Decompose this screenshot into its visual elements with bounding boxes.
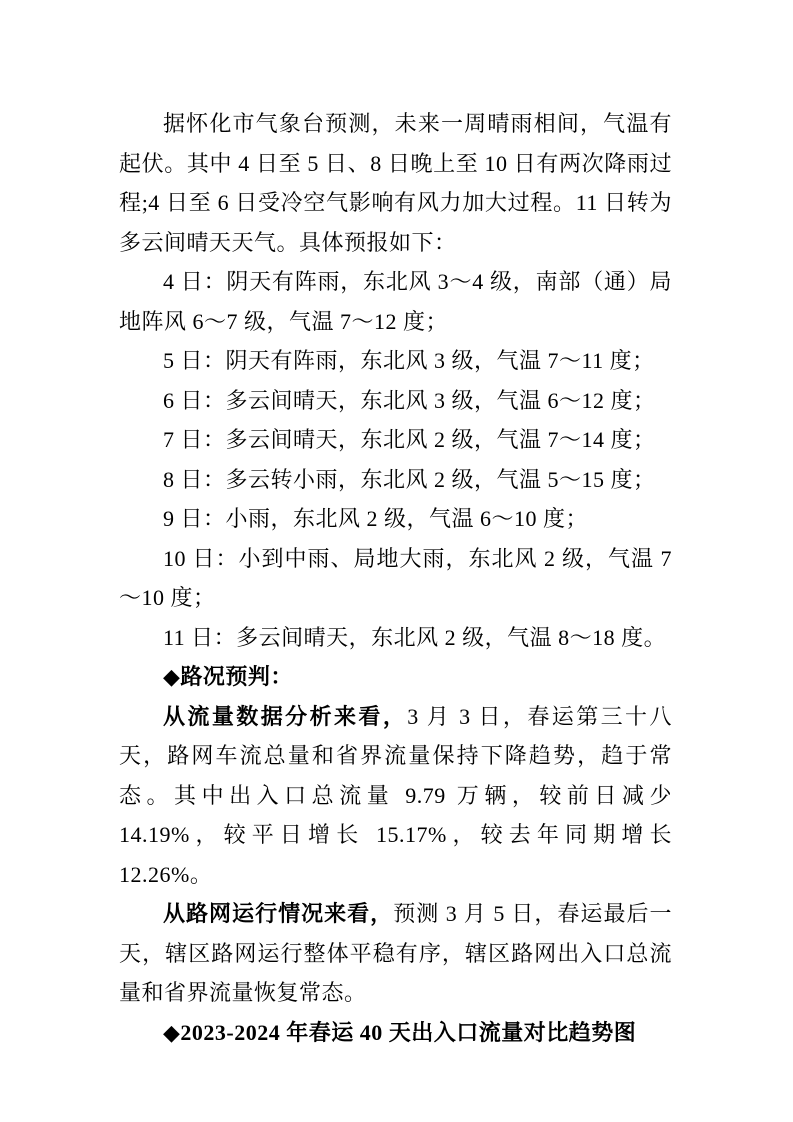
forecast-item-day10: 10 日：小到中雨、局地大雨，东北风 2 级，气温 7～10 度； bbox=[119, 539, 672, 618]
network-status-lead: 从路网运行情况来看， bbox=[163, 901, 393, 926]
forecast-item-day9: 9 日：小雨，东北风 2 级，气温 6～10 度； bbox=[119, 499, 672, 539]
forecast-item-day7: 7 日：多云间晴天，东北风 2 级，气温 7～14 度； bbox=[119, 420, 672, 460]
document-content: 据怀化市气象台预测，未来一周晴雨相间，气温有起伏。其中 4 日至 5 日、8 日… bbox=[119, 104, 672, 1052]
section-heading-road-forecast: ◆路况预判： bbox=[119, 657, 672, 697]
network-status-paragraph: 从路网运行情况来看，预测 3 月 5 日，春运最后一天，辖区路网运行整体平稳有序… bbox=[119, 894, 672, 1013]
forecast-item-day5: 5 日：阴天有阵雨，东北风 3 级，气温 7～11 度； bbox=[119, 341, 672, 381]
forecast-item-day8: 8 日：多云转小雨，东北风 2 级，气温 5～15 度； bbox=[119, 460, 672, 500]
forecast-item-day6: 6 日：多云间晴天，东北风 3 级，气温 6～12 度； bbox=[119, 381, 672, 421]
traffic-flow-paragraph: 从流量数据分析来看，3 月 3 日，春运第三十八天，路网车流总量和省界流量保持下… bbox=[119, 697, 672, 895]
traffic-flow-rest: 3 月 3 日，春运第三十八天，路网车流总量和省界流量保持下降趋势，趋于常态。其… bbox=[119, 704, 672, 887]
forecast-item-day4: 4 日：阴天有阵雨，东北风 3～4 级，南部（通）局地阵风 6～7 级，气温 7… bbox=[119, 262, 672, 341]
traffic-flow-lead: 从流量数据分析来看， bbox=[163, 704, 407, 729]
weather-intro-paragraph: 据怀化市气象台预测，未来一周晴雨相间，气温有起伏。其中 4 日至 5 日、8 日… bbox=[119, 104, 672, 262]
forecast-item-day11: 11 日：多云间晴天，东北风 2 级，气温 8～18 度。 bbox=[119, 618, 672, 658]
chart-title: ◆2023-2024 年春运 40 天出入口流量对比趋势图 bbox=[119, 1013, 672, 1053]
document-page: 据怀化市气象台预测，未来一周晴雨相间，气温有起伏。其中 4 日至 5 日、8 日… bbox=[0, 0, 793, 1122]
